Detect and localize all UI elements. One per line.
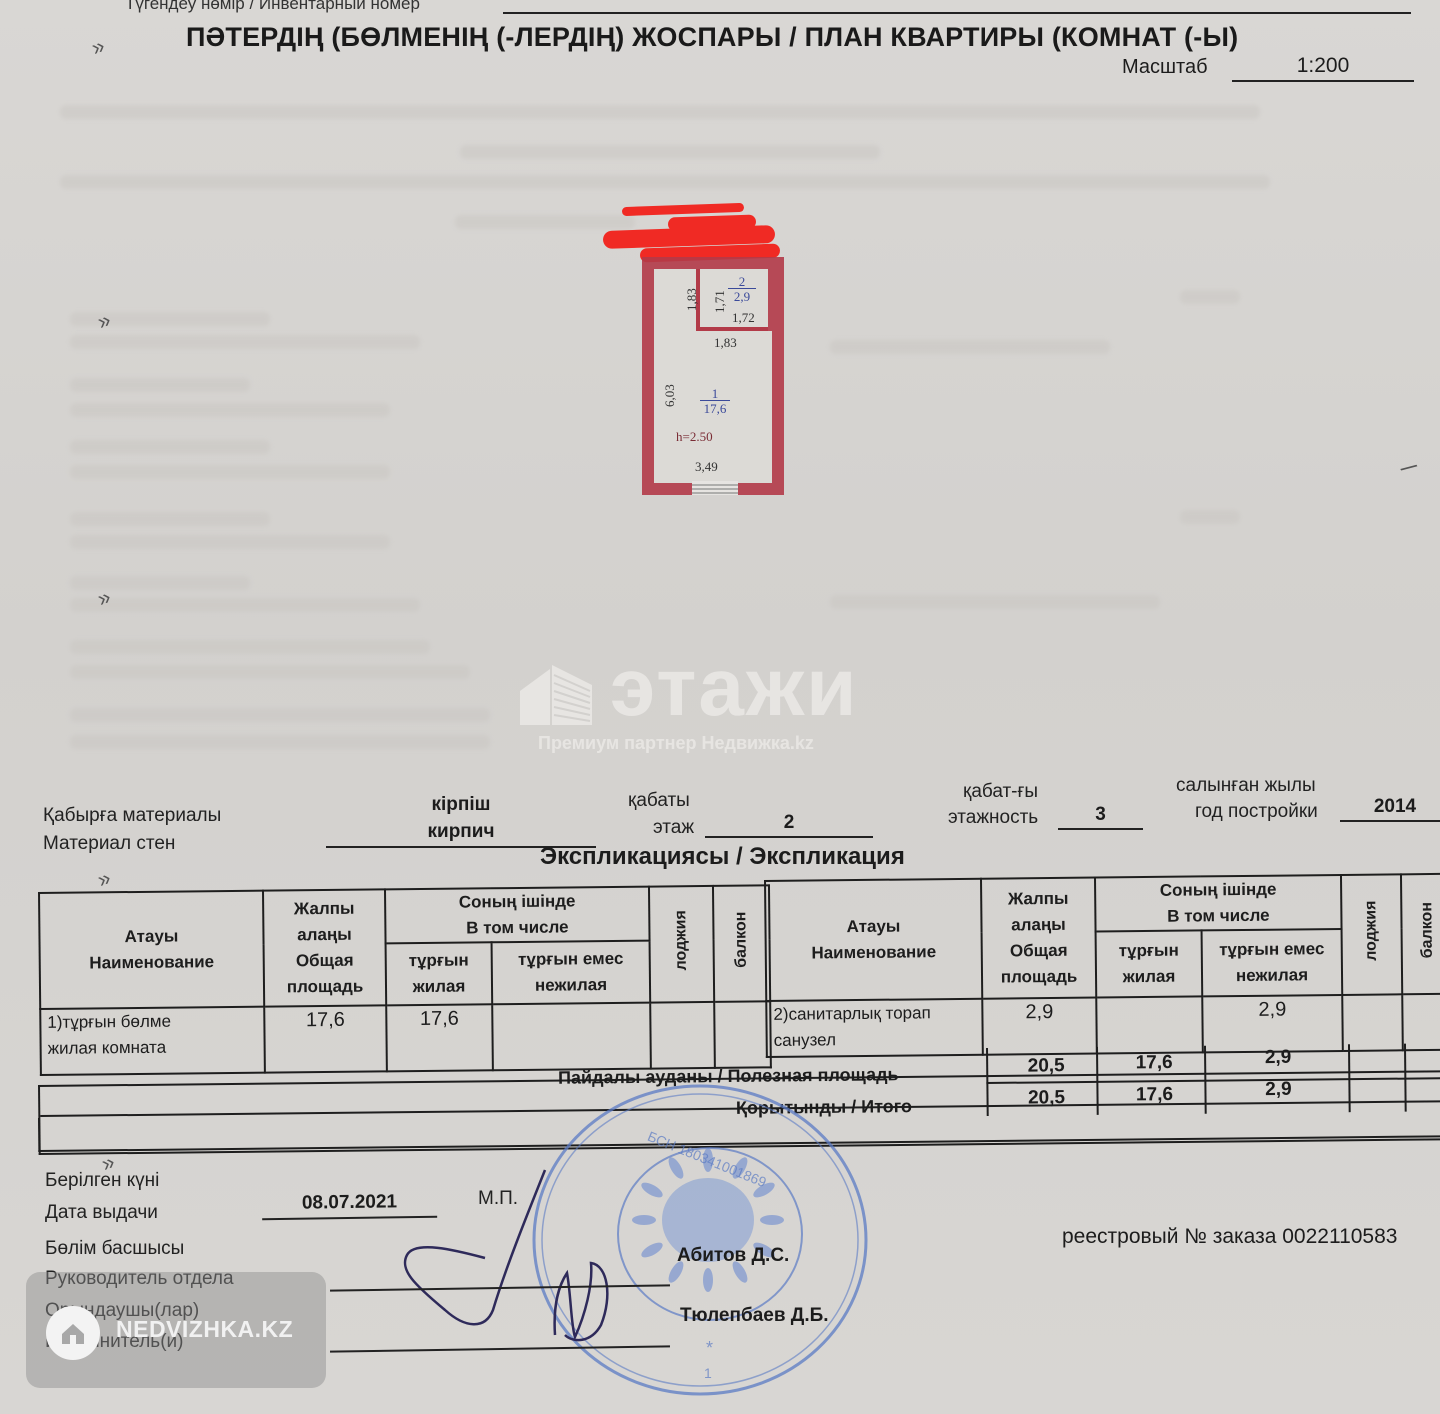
issue-date-value: 08.07.2021 bbox=[262, 1191, 437, 1220]
col-header-including: Соның ішіндеВ том числе bbox=[1095, 875, 1342, 932]
year-value: 2014 bbox=[1340, 796, 1440, 822]
document-page: » » » » » Түгендеу нөмір / Инвентарный н… bbox=[0, 0, 1440, 1414]
row-living: 17,6 bbox=[386, 1004, 493, 1071]
page-title: ПӘТЕРДІҢ (БӨЛМЕНІҢ (-ЛЕРДІҢ) ЖОСПАРЫ / П… bbox=[186, 22, 1238, 53]
col-header-total: ЖалпыалаңыОбщаяплощадь bbox=[263, 889, 386, 1006]
seal-label: М.П. bbox=[478, 1188, 518, 1210]
dim-room-height: 6,03 bbox=[662, 384, 678, 407]
scale-value: 1:200 bbox=[1232, 54, 1414, 82]
wall-material-value-kz: кірпіш bbox=[326, 794, 596, 816]
signature-executor bbox=[545, 1255, 625, 1345]
dim-bath-inner-height: 1,71 bbox=[712, 290, 728, 313]
year-label-kz: салынған жылы bbox=[1176, 775, 1316, 797]
home-icon bbox=[46, 1306, 100, 1360]
dim-room-width: 3,49 bbox=[695, 459, 718, 475]
head-name: Абитов Д.С. bbox=[677, 1245, 789, 1267]
col-header-non-living: тұрғын емеснежилая bbox=[492, 941, 651, 1005]
row-non-living bbox=[492, 1003, 651, 1071]
etazhi-watermark: этажи Премиум партнер Недвижка.kz bbox=[520, 655, 930, 765]
badge-text: NEDVIZHKA.KZ bbox=[116, 1316, 293, 1343]
watermark-subtitle: Премиум партнер Недвижка.kz bbox=[538, 733, 814, 754]
floors-total-value: 3 bbox=[1058, 804, 1143, 830]
row-loggia bbox=[1342, 994, 1403, 1051]
useful-area-total: 20,5 bbox=[1006, 1055, 1086, 1078]
nedvizhka-badge: NEDVIZHKA.KZ bbox=[26, 1272, 326, 1388]
table-row: 1)тұрғын бөлмежилая комната 17,6 17,6 bbox=[40, 1001, 771, 1075]
grand-total-living: 17,6 bbox=[1114, 1084, 1194, 1107]
col-header-living: тұрғынжилая bbox=[386, 942, 493, 1005]
margin-mark: » bbox=[94, 865, 114, 894]
dim-bath-width-top: 1,72 bbox=[732, 310, 755, 326]
watermark-brand: этажи bbox=[610, 641, 859, 735]
summary-values: 20,5 17,6 2,9 20,5 17,6 2,9 bbox=[986, 1043, 1440, 1114]
floor-value: 2 bbox=[705, 812, 873, 838]
row-balcony bbox=[1402, 994, 1440, 1051]
inventory-number-field bbox=[503, 12, 1411, 14]
head-label-kz: Бөлім басшысы bbox=[45, 1238, 184, 1260]
floor-plan: 1,83 1,71 2 2,9 1,72 1,83 6,03 1 17,6 h=… bbox=[640, 255, 786, 497]
scale-label: Масштаб bbox=[1122, 56, 1208, 79]
row-total: 17,6 bbox=[264, 1005, 387, 1072]
svg-text:*: * bbox=[706, 1338, 713, 1358]
grand-total-total: 20,5 bbox=[1006, 1087, 1086, 1110]
floors-total-label-ru: этажность bbox=[948, 807, 1038, 829]
year-label-ru: год постройки bbox=[1195, 801, 1318, 823]
grand-total-non-living: 2,9 bbox=[1238, 1079, 1318, 1102]
useful-area-non-living: 2,9 bbox=[1238, 1047, 1318, 1070]
wall-material-label-kz: Қабырға материалы bbox=[43, 805, 221, 827]
useful-area-living: 17,6 bbox=[1114, 1052, 1194, 1075]
row-loggia bbox=[650, 1002, 715, 1069]
room-2-label: 2 2,9 bbox=[728, 275, 756, 305]
explication-table-left: АтауыНаименование ЖалпыалаңыОбщаяплощадь… bbox=[38, 884, 772, 1076]
col-header-balcony: балкон bbox=[1401, 874, 1440, 995]
row-name: 2)санитарлық торапсанузел bbox=[766, 999, 983, 1057]
registry-number: реестровый № заказа 0022110583 bbox=[1062, 1225, 1397, 1249]
col-header-name: АтауыНаименование bbox=[765, 879, 982, 1001]
row-balcony bbox=[714, 1001, 771, 1068]
explication-table-right: АтауыНаименование ЖалпыалаңыОбщаяплощадь… bbox=[764, 873, 1440, 1058]
margin-mark: » bbox=[88, 33, 108, 62]
floors-total-label-kz: қабат-ғы bbox=[963, 781, 1038, 803]
explication-title: Экспликациясы / Экспликация bbox=[540, 843, 905, 871]
floor-label-kz: қабаты bbox=[628, 790, 690, 812]
col-header-total: ЖалпыалаңыОбщаяплощадь bbox=[981, 878, 1096, 999]
col-header-balcony: балкон bbox=[713, 885, 770, 1002]
dim-bath-outer-height: 1,83 bbox=[684, 288, 700, 311]
col-header-loggia: лоджия bbox=[649, 886, 714, 1003]
col-header-including: Соның ішіндеВ том числе bbox=[385, 887, 650, 944]
redaction-mark bbox=[622, 203, 744, 216]
col-header-non-living: тұрғын емеснежилая bbox=[1202, 929, 1343, 996]
room-1-label: 1 17,6 bbox=[700, 387, 730, 417]
col-header-living: тұрғынжилая bbox=[1096, 930, 1203, 997]
building-logo-icon bbox=[520, 663, 592, 725]
svg-text:1: 1 bbox=[704, 1365, 712, 1381]
executor-name: Тюлепбаев Д.Б. bbox=[680, 1305, 829, 1327]
row-name: 1)тұрғын бөлмежилая комната bbox=[40, 1007, 265, 1075]
dim-bath-width-bottom: 1,83 bbox=[714, 335, 737, 351]
wall-material-label-ru: Материал стен bbox=[43, 833, 175, 855]
issue-date-label-ru: Дата выдачи bbox=[45, 1202, 158, 1224]
col-header-loggia: лоджия bbox=[1341, 874, 1402, 995]
inventory-number-label: Түгендеу нөмір / Инвентарный номер bbox=[125, 0, 420, 14]
margin-mark: / bbox=[1395, 459, 1421, 477]
issue-date-label-kz: Берілген күні bbox=[45, 1170, 159, 1192]
floor-label-ru: этаж bbox=[653, 817, 694, 839]
col-header-name: АтауыНаименование bbox=[39, 891, 264, 1009]
ceiling-height: h=2.50 bbox=[676, 429, 713, 445]
